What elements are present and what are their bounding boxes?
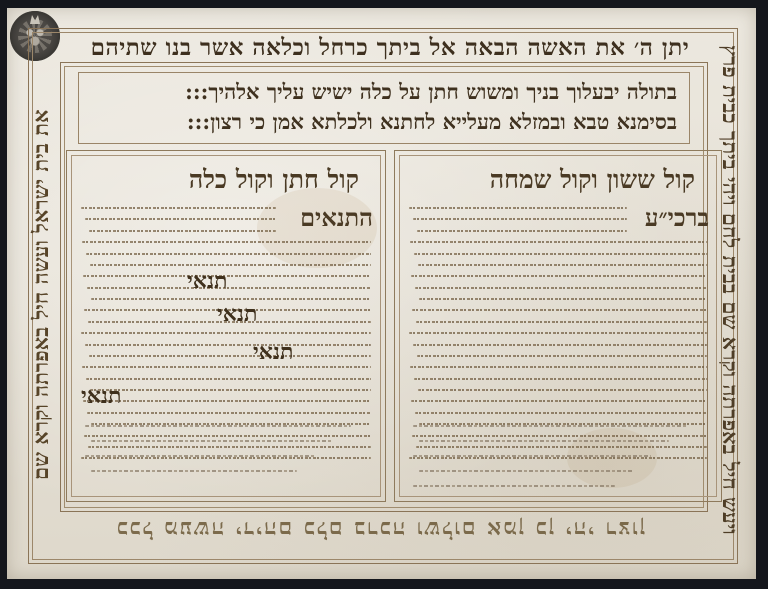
signature-line xyxy=(409,434,707,447)
handwritten-line xyxy=(409,328,707,338)
handwritten-line xyxy=(81,226,371,236)
signature-line xyxy=(409,449,707,462)
handwritten-line xyxy=(81,351,371,361)
bottom-border-inscription: ככל מעשה ידיהם כלם ברכה ושלום אמן כן יהי… xyxy=(40,512,720,542)
handwritten-line xyxy=(81,396,371,406)
handwritten-line xyxy=(409,214,707,224)
handwritten-line xyxy=(81,214,371,224)
handwritten-line xyxy=(409,260,707,270)
right-text-column: קול ששון וקול שמחה ברכי״ע xyxy=(394,150,722,502)
signature-line xyxy=(81,419,371,432)
handwritten-line xyxy=(409,385,707,395)
top-border-inscription: יתן ה׳ את האשה הבאה אל ביתך כרחל וכלאה א… xyxy=(60,34,720,64)
tenai-label: תנאי xyxy=(81,383,121,409)
handwritten-line xyxy=(409,271,707,281)
handwritten-line xyxy=(81,237,371,247)
handwritten-line xyxy=(81,374,371,384)
handwritten-line xyxy=(81,249,371,259)
handwritten-line xyxy=(81,328,371,338)
column-heading: קול ששון וקול שמחה xyxy=(490,165,695,195)
handwritten-line xyxy=(409,396,707,406)
blessing-line-2: בסימנא טבא ובמזלא מעלייא לחתנא ולכלתא אמ… xyxy=(87,109,677,135)
handwritten-line xyxy=(409,351,707,361)
handwritten-line xyxy=(409,305,707,315)
handwritten-line xyxy=(409,226,707,236)
handwritten-line xyxy=(409,362,707,372)
signature-line xyxy=(409,479,707,492)
signature-line xyxy=(81,449,371,462)
handwritten-line xyxy=(409,249,707,259)
handwritten-body-text xyxy=(409,203,707,415)
signature-line xyxy=(81,434,371,447)
handwritten-line xyxy=(409,237,707,247)
signature-line xyxy=(81,464,371,477)
blessing-panel: בתולה יבעלוך בניך ומשוש חתן על כלה ישיש … xyxy=(78,72,690,144)
handwritten-line xyxy=(409,294,707,304)
handwritten-line xyxy=(81,362,371,372)
handwritten-line xyxy=(409,317,707,327)
left-text-column: קול חתן וקול כלה התנאים תנאי תנאי תנאי ת… xyxy=(66,150,386,502)
handwritten-line xyxy=(81,385,371,395)
handwritten-line xyxy=(81,203,371,213)
witness-signatures xyxy=(409,419,707,491)
handwritten-line xyxy=(409,408,707,418)
tenai-label: תנאי xyxy=(217,301,257,327)
witness-signatures xyxy=(81,419,371,491)
left-border-inscription: את בית ישראל ועשה חיל באפרתה וקרא שם xyxy=(28,50,56,540)
handwritten-line xyxy=(409,203,707,213)
tenai-label: תנאי xyxy=(187,268,227,294)
handwritten-line xyxy=(409,340,707,350)
signature-line xyxy=(409,464,707,477)
handwritten-line xyxy=(81,340,371,350)
handwritten-line xyxy=(81,408,371,418)
tenai-label: תנאי xyxy=(253,339,293,365)
handwritten-line xyxy=(409,283,707,293)
handwritten-line xyxy=(409,374,707,384)
blessing-line-1: בתולה יבעלוך בניך ומשוש חתן על כלה ישיש … xyxy=(87,79,677,105)
column-heading: קול חתן וקול כלה xyxy=(189,165,359,195)
signature-line xyxy=(409,419,707,432)
